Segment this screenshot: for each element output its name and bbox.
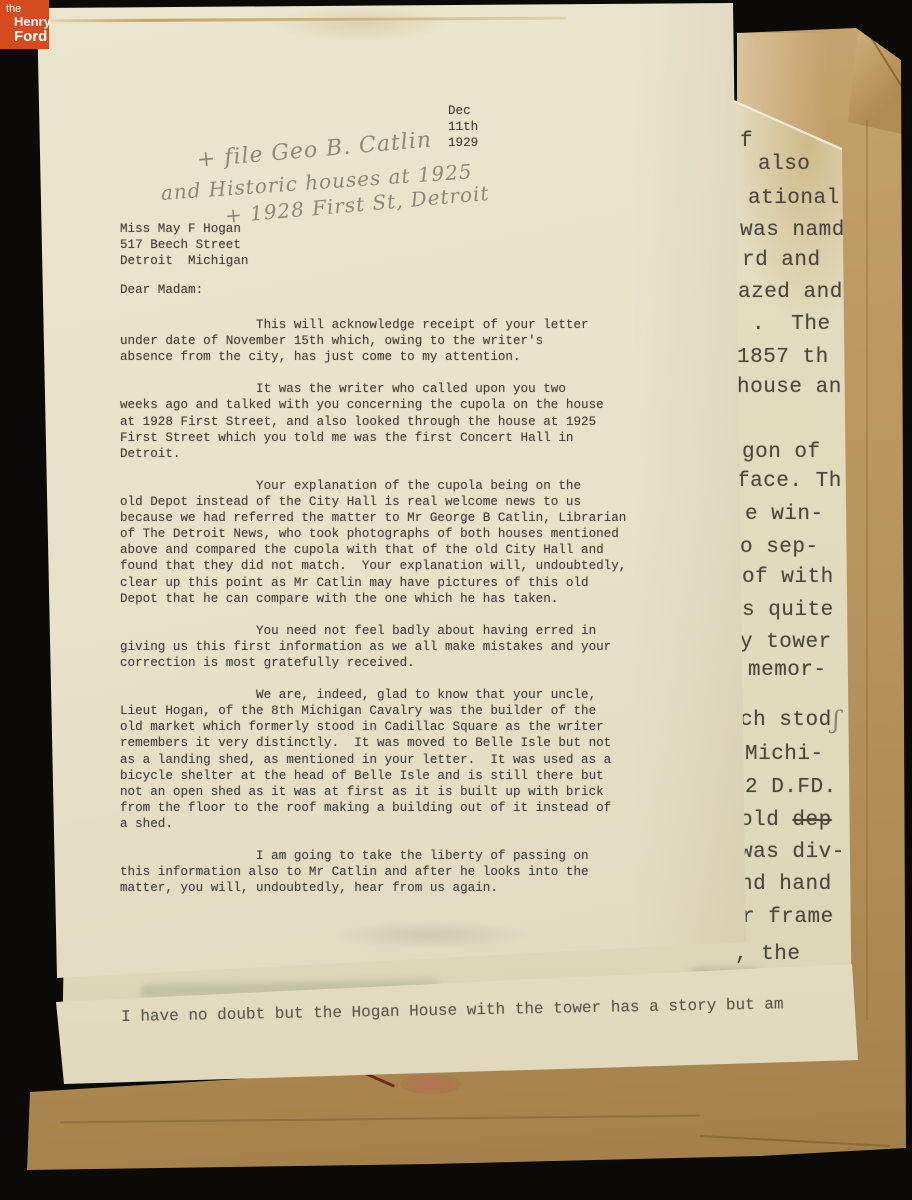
typed-fragment: rd and [742, 249, 821, 272]
typed-fragment: y tower [740, 631, 832, 654]
typed-fragment: s quite [742, 599, 834, 622]
envelope-crease [60, 1115, 700, 1124]
typed-fragment: . The [752, 313, 831, 336]
logo-text-henry: Henry [14, 14, 51, 29]
letter-body: This will acknowledge receipt of your le… [120, 317, 626, 896]
typed-fragment: house an [737, 376, 842, 399]
typed-fragment: f [740, 130, 753, 153]
typed-fragment: 2 D.FD. [745, 776, 837, 799]
letter-date: Dec 11th 1929 [448, 103, 478, 151]
typed-fragment: also [758, 153, 810, 176]
paper-stain [330, 920, 530, 950]
typed-fragment: Michi- [745, 743, 824, 766]
paper-stain [270, 6, 450, 42]
typed-fragment: memor- [748, 659, 827, 682]
typed-fragment: gon of [742, 441, 821, 464]
typed-fragment: ational [748, 187, 840, 210]
logo-text-ford: Ford [14, 28, 47, 45]
typed-fragment: was div- [740, 841, 845, 864]
typed-fragment: old dep [740, 809, 832, 832]
typed-fragment: ch stod [740, 709, 832, 732]
envelope-crease [700, 1135, 890, 1147]
typed-fragment: face. Th [737, 470, 842, 493]
typed-fragment: r frame [742, 906, 834, 929]
typed-fragment: , the [735, 943, 801, 966]
recipient-address: Miss May F Hogan 517 Beech Street Detroi… [120, 221, 248, 269]
pencil-squiggle: ʃ [833, 706, 840, 734]
typed-fragment: azed and [738, 281, 843, 304]
scanned-document-photo: falsoationalwas namdrd andazed and. The1… [0, 0, 912, 1200]
typed-fragment: e win- [745, 503, 824, 526]
typed-fragment: of with [742, 566, 834, 589]
typed-fragment: 1857 th [737, 346, 829, 369]
typed-fragment: o sep- [740, 536, 819, 559]
typed-fragment: nd hand [740, 873, 832, 896]
henry-ford-logo: the Henry Ford [0, 0, 49, 49]
typed-fragment: was namd [740, 219, 845, 242]
envelope-crease [866, 120, 868, 1020]
wax-seal-mark [400, 1074, 462, 1094]
bottom-typed-line: I have no doubt but the Hogan House with… [121, 995, 784, 1026]
salutation: Dear Madam: [120, 283, 203, 297]
